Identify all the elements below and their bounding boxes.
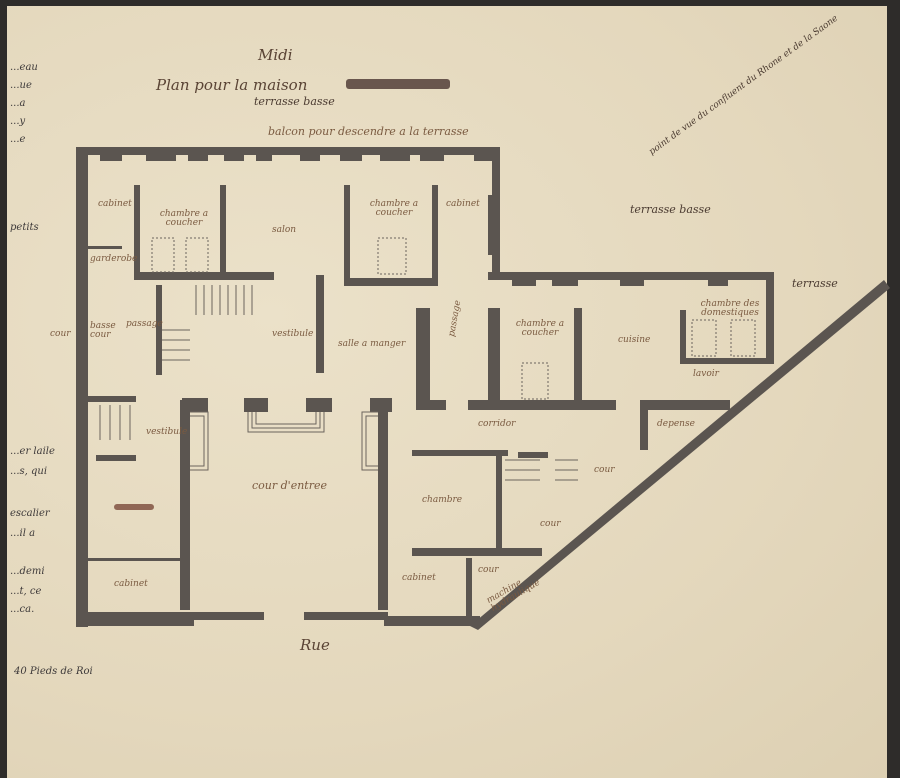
room-label: cour (540, 520, 561, 529)
terrace-label-lower: terrasse (792, 278, 838, 289)
room-label: salle a manger (338, 340, 405, 349)
plan-subtitle: terrasse basse (254, 96, 335, 107)
room-label: chambre (422, 496, 462, 505)
margin-note: ...s, qui (10, 466, 47, 477)
margin-note: ...ca. (10, 604, 34, 615)
margin-note: ...y (10, 116, 25, 127)
margin-note: petits (10, 222, 39, 233)
room-label: basse cour (90, 322, 120, 340)
margin-note: escalier (10, 508, 50, 519)
room-label: corridor (478, 420, 515, 429)
street-label: Rue (300, 638, 330, 653)
struck-out-text (346, 79, 450, 89)
room-label: passage (126, 320, 163, 329)
room-label: cabinet (402, 574, 436, 583)
room-label: salon (272, 226, 296, 235)
margin-note: ...a (10, 98, 26, 109)
room-label: cour (478, 566, 499, 575)
room-label: cour d'entree (252, 480, 327, 491)
room-label: chambre a coucher (152, 210, 216, 228)
terrace-label-upper: terrasse basse (630, 204, 711, 215)
margin-note: ...demi (10, 566, 45, 577)
plan-title: Plan pour la maison (156, 78, 307, 93)
room-label: chambre a coucher (508, 320, 572, 338)
balcony-note: balcon pour descendre a la terrasse (268, 126, 469, 137)
room-label: depense (657, 420, 695, 429)
margin-note: ...ue (10, 80, 32, 91)
room-label: cour (594, 466, 615, 475)
room-label: cabinet (446, 200, 480, 209)
margin-note: ...t, ce (10, 586, 41, 597)
room-label: vestibule (146, 428, 187, 437)
margin-note: ...eau (10, 62, 38, 73)
margin-note: ...er laile (10, 446, 55, 457)
margin-note: ...e (10, 134, 25, 145)
room-label: garderobe (90, 255, 137, 264)
room-label: cuisine (618, 336, 650, 345)
room-label: cour (50, 330, 71, 339)
room-label: chambre des domestiques (690, 300, 770, 318)
margin-note: ...il a (10, 528, 35, 539)
scale-note: 40 Pieds de Roi (14, 666, 93, 677)
room-label: cabinet (114, 580, 148, 589)
room-label: vestibule (272, 330, 313, 339)
floor-plan-drawing (0, 0, 900, 778)
room-label: chambre a coucher (362, 200, 426, 218)
room-label: lavoir (693, 370, 719, 379)
room-label: cabinet (98, 200, 132, 209)
orientation-label: Midi (258, 48, 293, 63)
struck-room-label (114, 504, 154, 510)
